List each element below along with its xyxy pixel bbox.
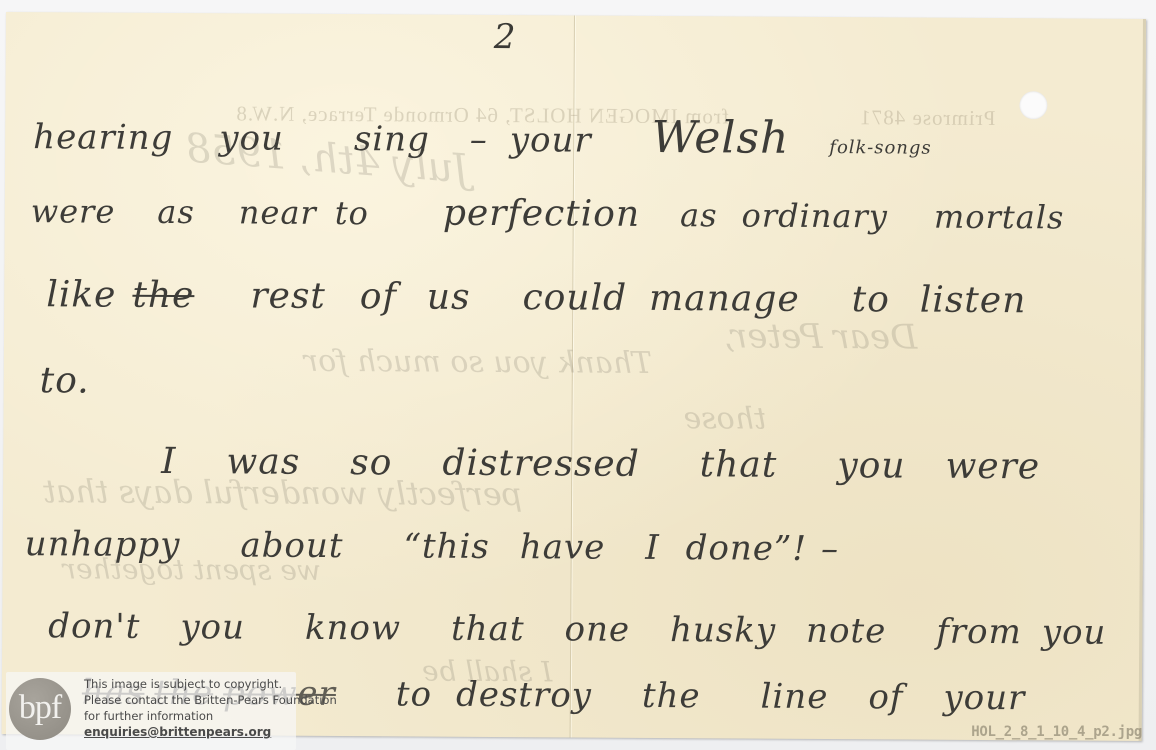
copyright-line-2: Please contact the Britten-Pears Foundat… [84, 692, 337, 708]
page-number: 2 [494, 17, 516, 57]
letter-line: like the rest of us could manage to list… [46, 274, 1026, 321]
letter-line: don't you know that one husky note from … [48, 606, 1106, 652]
letter-line: hearing you sing – your Welsh folk-songs [33, 108, 932, 164]
bpf-logo: bpf [9, 678, 71, 740]
page-edge [1139, 19, 1146, 741]
copyright-notice: This image is subject to copyright. Plea… [84, 676, 337, 740]
letter-line: I was so distressed that you were [161, 441, 1040, 487]
letter-page: Primrose 4871 from IMOGEN HOLST, 64 Ormo… [2, 12, 1146, 741]
contact-email-link[interactable]: enquiries@brittenpears.org [84, 724, 337, 740]
copyright-line-3: for further information [84, 708, 337, 724]
letter-line: were as near to perfection as ordinary m… [31, 190, 1065, 237]
reverse-text: Thank you so much for [304, 344, 652, 381]
image-viewer: Primrose 4871 from IMOGEN HOLST, 64 Ormo… [0, 0, 1156, 750]
copyright-line-1: This image is subject to copyright. [84, 676, 337, 692]
letter-line: to. [40, 360, 90, 401]
reverse-text: Dear Peter, [724, 316, 918, 357]
letter-line: unhappy about “this have I done”! – [25, 524, 840, 569]
punch-hole [1019, 91, 1047, 119]
reverse-text: those [683, 401, 766, 437]
filename-label: HOL_2_8_1_10_4_p2.jpg [971, 724, 1142, 740]
